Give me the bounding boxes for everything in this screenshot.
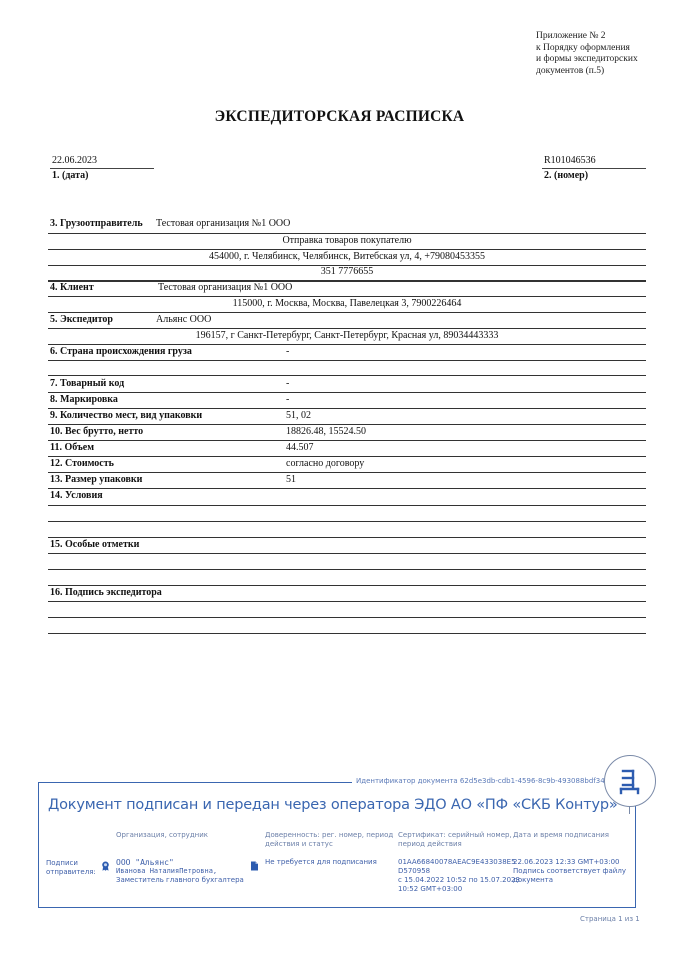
col-certificate-line: Сертификат: серийный номер, [398, 831, 512, 840]
client-row: 4. Клиент Тестовая организация №1 ООО [48, 281, 646, 296]
divider [48, 360, 646, 361]
client-address-row: 115000, г. Москва, Москва, Павелецкая 3,… [48, 297, 646, 312]
commodity-code-row: 7. Товарный код - [48, 377, 646, 392]
client-address: 115000, г. Москва, Москва, Павелецкая 3,… [48, 298, 646, 309]
col-poa-line: Доверенность: рег. номер, период [265, 831, 393, 840]
number-underline [542, 168, 646, 169]
col-poa-line: действия и статус [265, 840, 393, 849]
sender-row-label: Подписи отправителя: [46, 859, 96, 877]
sender-row-label-line: отправителя: [46, 868, 96, 877]
appendix-note: Приложение № 2 к Порядку оформления и фо… [536, 31, 638, 77]
client-name: Тестовая организация №1 ООО [158, 282, 292, 293]
certificate-line: 10:52 GMT+03:00 [398, 885, 520, 894]
appendix-line: документов (п.5) [536, 66, 638, 78]
appendix-line: к Порядку оформления [536, 43, 638, 55]
divider [48, 505, 646, 506]
shipper-phone-row: 351 7776655 [48, 265, 646, 280]
cost-value: согласно договору [286, 458, 364, 469]
commodity-code-value: - [286, 378, 289, 389]
divider [48, 633, 646, 634]
divider [48, 601, 646, 602]
signature-status-line: документа [513, 876, 626, 885]
logo-connector [629, 806, 630, 814]
shipper-phone: 351 7776655 [48, 266, 646, 277]
shipper-address: 454000, г. Челябинск, Челябинск, Витебск… [48, 251, 646, 262]
cost-row: 12. Стоимость согласно договору [48, 457, 646, 472]
cost-label: 12. Стоимость [50, 458, 114, 469]
marking-value: - [286, 394, 289, 405]
document-icon [250, 858, 259, 876]
number-label: 2. (номер) [544, 170, 588, 181]
certificate-badge-icon [101, 858, 110, 876]
package-size-row: 13. Размер упаковки 51 [48, 473, 646, 488]
certificate-line: с 15.04.2022 10:52 по 15.07.2023 [398, 876, 520, 885]
col-signed-at: Дата и время подписания [513, 831, 609, 840]
conditions-label: 14. Условия [50, 490, 103, 501]
shipper-label: 3. Грузоотправитель [50, 218, 143, 229]
marking-label: 8. Маркировка [50, 394, 118, 405]
divider [48, 521, 646, 522]
sender-signed-at: 22.06.2023 12:33 GMT+03:00 Подпись соотв… [513, 858, 626, 885]
document-title: ЭКСПЕДИТОРСКАЯ РАСПИСКА [0, 108, 679, 126]
forwarder-signature-label: 16. Подпись экспедитора [50, 587, 162, 598]
signed-at-value: 22.06.2023 12:33 GMT+03:00 [513, 858, 626, 867]
sender-poa-status: Не требуется для подписания [265, 858, 377, 867]
weight-value: 18826.48, 15524.50 [286, 426, 366, 437]
document-identifier: Идентификатор документа 62d5e3db-cdb1-45… [356, 777, 609, 785]
sender-certificate: 01AA66840078AEAC9E433038E5 D570958 с 15.… [398, 858, 520, 894]
special-notes-label: 15. Особые отметки [50, 539, 139, 550]
origin-country-value: - [286, 346, 289, 357]
sender-position: Заместитель главного бухгалтера [116, 876, 244, 885]
shipper-purpose-row: Отправка товаров покупателю [48, 234, 646, 249]
sender-org-name: ООО "Альянс" [116, 858, 244, 867]
packages-row: 9. Количество мест, вид упаковки 51, 02 [48, 409, 646, 424]
client-label: 4. Клиент [50, 282, 94, 293]
package-size-label: 13. Размер упаковки [50, 474, 142, 485]
appendix-line: и формы экспедиторских [536, 54, 638, 66]
forwarder-name: Альянс ООО [156, 314, 211, 325]
origin-country-label: 6. Страна происхождения груза [50, 346, 192, 357]
col-organization: Организация, сотрудник [116, 831, 208, 840]
forwarder-label: 5. Экспедитор [50, 314, 113, 325]
col-certificate: Сертификат: серийный номер, период дейст… [398, 831, 512, 849]
packages-label: 9. Количество мест, вид упаковки [50, 410, 202, 421]
forwarder-signature-row: 16. Подпись экспедитора [48, 586, 646, 601]
certificate-line: D570958 [398, 867, 520, 876]
weight-row: 10. Вес брутто, нетто 18826.48, 15524.50 [48, 425, 646, 440]
weight-label: 10. Вес брутто, нетто [50, 426, 143, 437]
forwarder-address-row: 196157, г Санкт-Петербург, Санкт-Петербу… [48, 329, 646, 344]
origin-country-row: 6. Страна происхождения груза - [48, 345, 646, 360]
shipper-address-row: 454000, г. Челябинск, Челябинск, Витебск… [48, 250, 646, 265]
col-poa: Доверенность: рег. номер, период действи… [265, 831, 393, 849]
divider [48, 569, 646, 570]
sender-row-label-line: Подписи [46, 859, 96, 868]
appendix-line: Приложение № 2 [536, 31, 638, 43]
col-certificate-line: период действия [398, 840, 512, 849]
packages-value: 51, 02 [286, 410, 311, 421]
marking-row: 8. Маркировка - [48, 393, 646, 408]
sender-employee: Иванова НаталияПетровна, [116, 867, 244, 876]
package-size-value: 51 [286, 474, 296, 485]
conditions-row: 14. Условия [48, 489, 646, 504]
certificate-line: 01AA66840078AEAC9E433038E5 [398, 858, 520, 867]
volume-value: 44.507 [286, 442, 314, 453]
stamp-heading: Документ подписан и передан через операт… [48, 797, 618, 813]
forwarder-address: 196157, г Санкт-Петербург, Санкт-Петербу… [48, 330, 646, 341]
date-value: 22.06.2023 [52, 155, 97, 166]
shipper-name: Тестовая организация №1 ООО [156, 218, 290, 229]
signature-status-line: Подпись соответствует файлу [513, 867, 626, 876]
divider [48, 375, 646, 376]
forwarder-row: 5. Экспедитор Альянс ООО [48, 313, 646, 328]
shipper-purpose: Отправка товаров покупателю [48, 235, 646, 246]
sender-organization: ООО "Альянс" Иванова НаталияПетровна, За… [116, 858, 244, 885]
page-counter: Страница 1 из 1 [580, 915, 640, 923]
special-notes-row: 15. Особые отметки [48, 538, 646, 553]
shipper-row: 3. Грузоотправитель Тестовая организация… [48, 217, 646, 232]
number-value: R101046536 [544, 155, 596, 166]
divider [48, 553, 646, 554]
date-underline [50, 168, 154, 169]
stamp-top-border [38, 782, 352, 783]
divider [48, 617, 646, 618]
volume-row: 11. Объем 44.507 [48, 441, 646, 456]
commodity-code-label: 7. Товарный код [50, 378, 124, 389]
volume-label: 11. Объем [50, 442, 94, 453]
date-label: 1. (дата) [52, 170, 89, 181]
